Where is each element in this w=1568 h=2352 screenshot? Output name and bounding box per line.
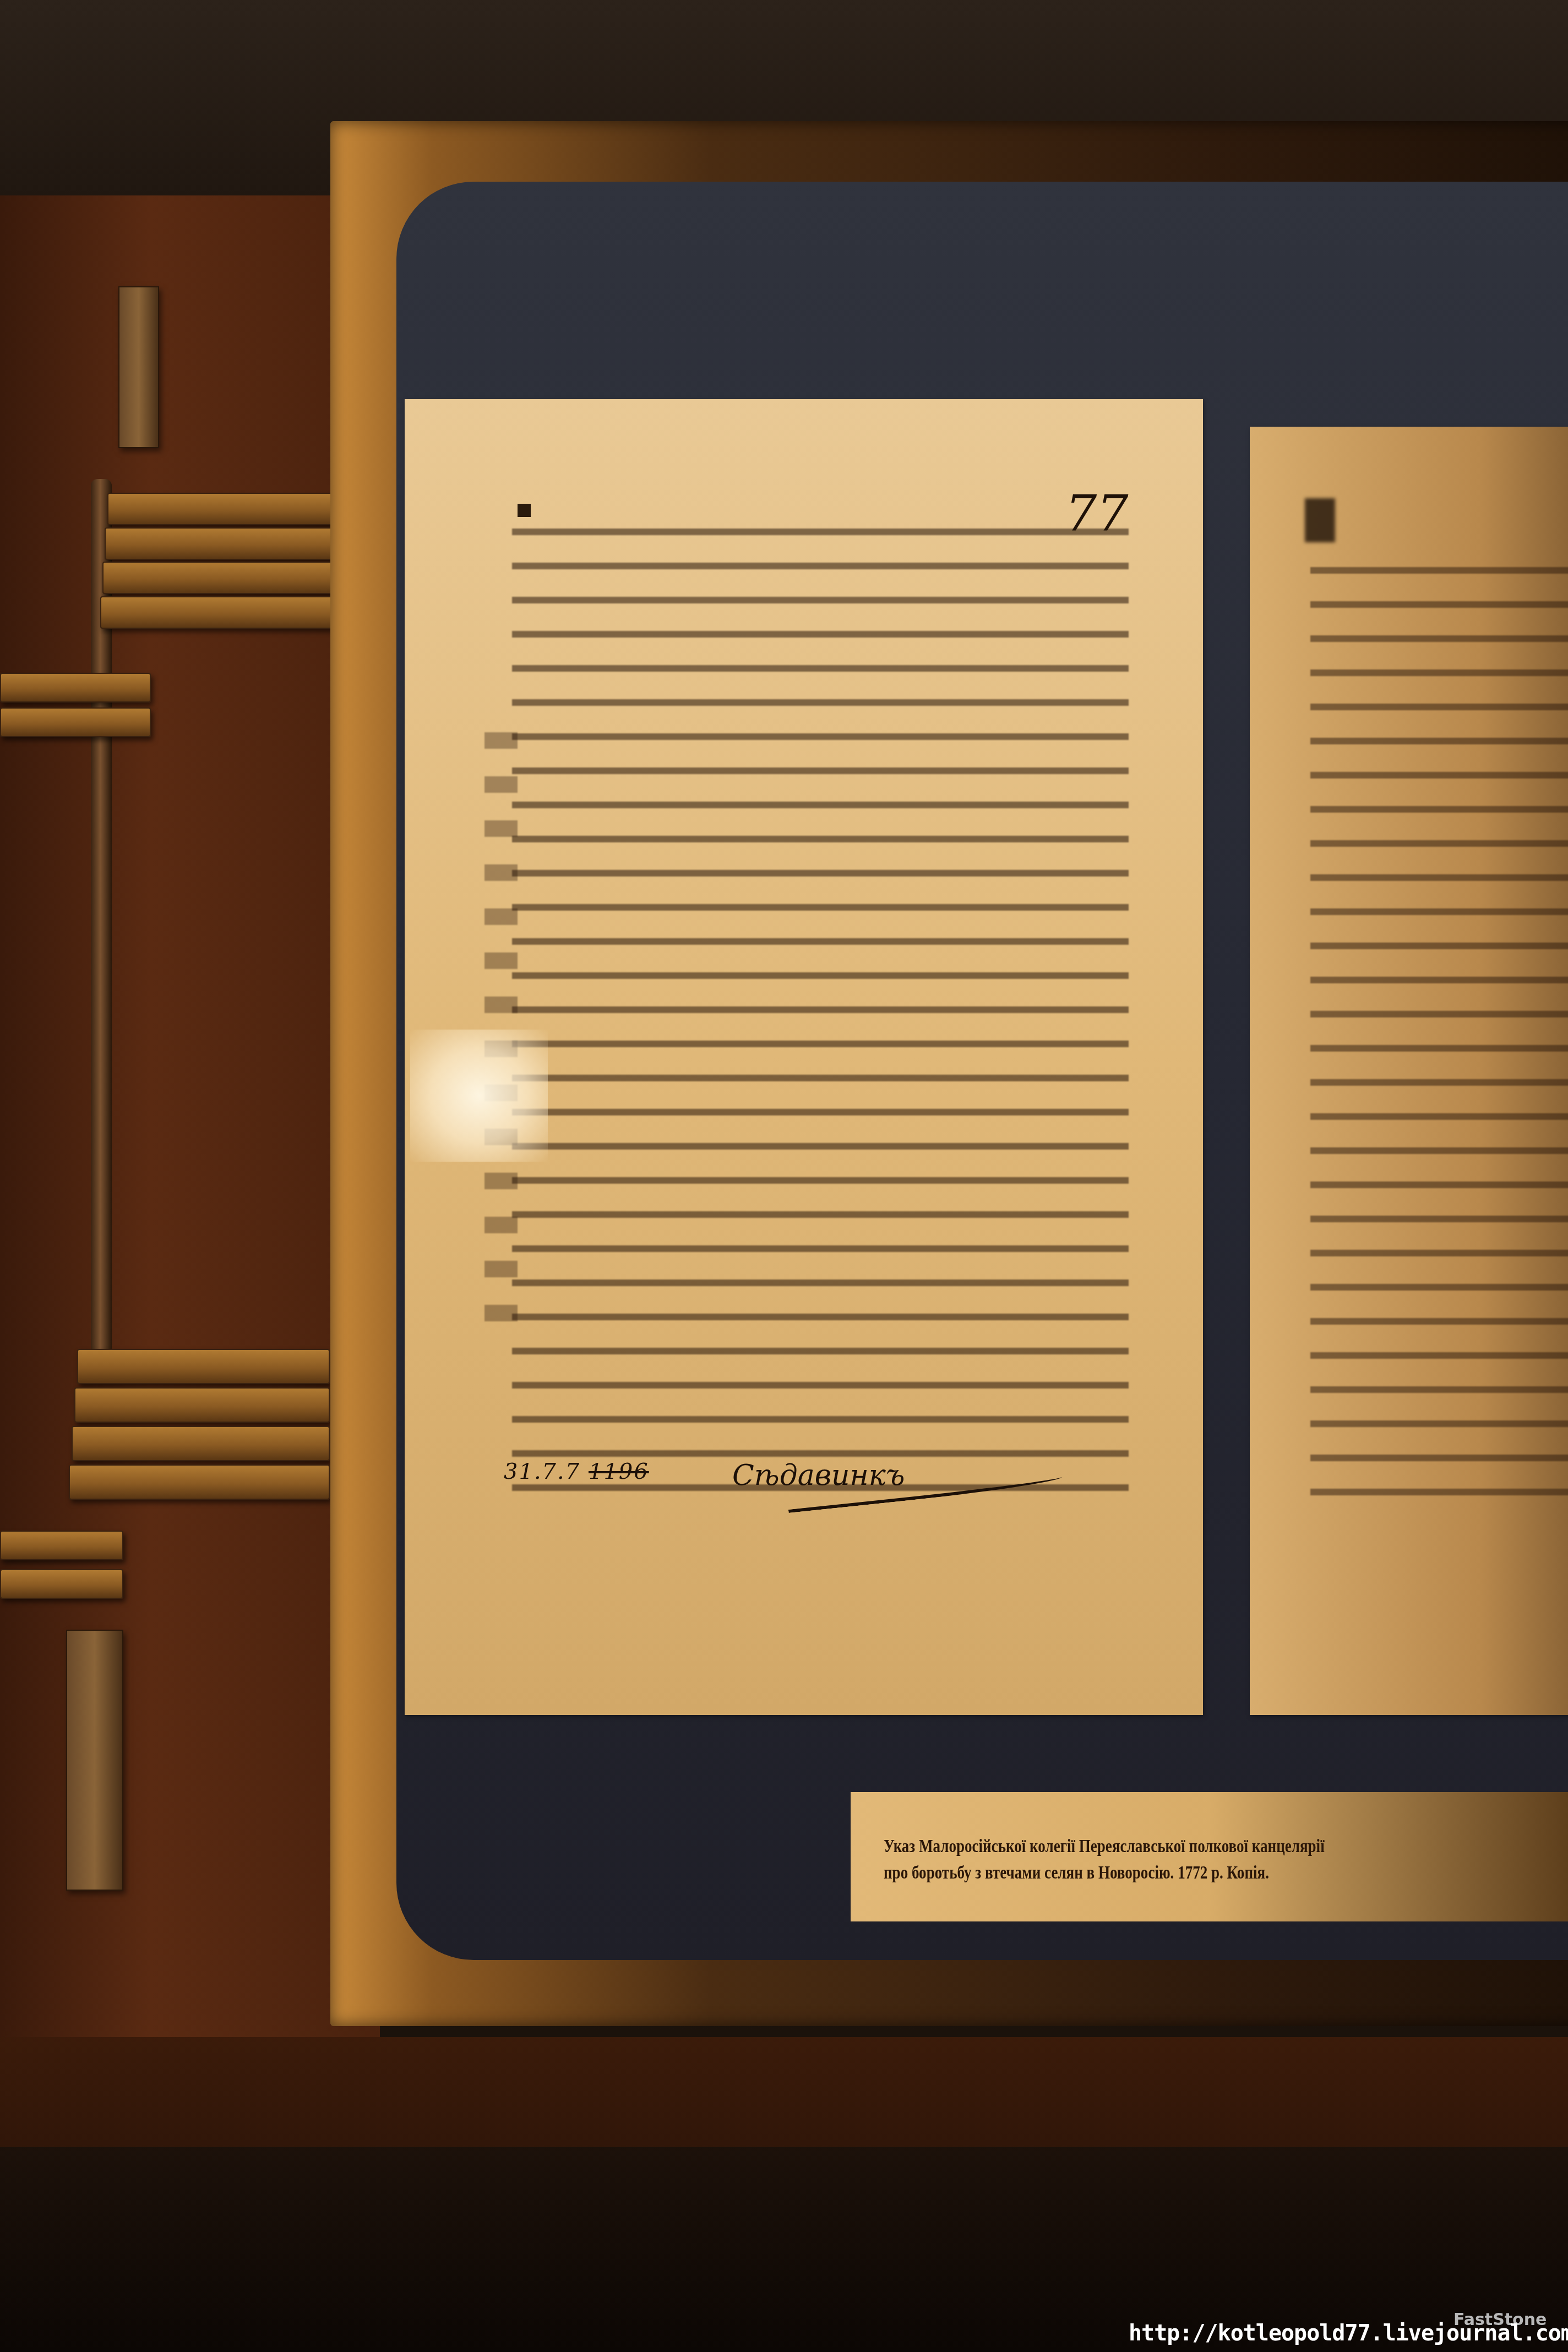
clamp-bar <box>69 1464 330 1500</box>
clamp-bar <box>107 493 357 525</box>
document-date-note: 31.7.7 1196 <box>504 1459 649 1484</box>
ink-blot <box>1305 498 1335 542</box>
clamp-bar <box>0 707 151 737</box>
caption-line-2: про боротьбу з втечами селян в Новоросію… <box>884 1860 1445 1886</box>
clamp-bar <box>0 1531 123 1560</box>
handwritten-text-block <box>512 507 1129 1509</box>
clamp-bar <box>72 1426 330 1461</box>
light-glare <box>410 1030 548 1162</box>
handwritten-text-block-secondary <box>1310 551 1568 1509</box>
clamp-bar <box>100 596 356 629</box>
clamp-bar <box>0 1569 123 1599</box>
date-note: 31.7.7 <box>504 1459 580 1484</box>
clamp-bar <box>105 527 355 560</box>
caption-line-1: Указ Малоросійської колегії Переяславськ… <box>884 1833 1445 1860</box>
clamp-bar <box>77 1349 330 1384</box>
clamp-bar <box>0 673 151 703</box>
museum-display-scene: 77 31.7.7 1196 Сѣдавинкъ Указ Малоросійс… <box>0 0 1568 2352</box>
struck-number: 1196 <box>589 1459 649 1484</box>
clamp-upper-post <box>118 286 159 448</box>
signature: Сѣдавинкъ <box>732 1459 905 1492</box>
folio-number: 77 <box>1065 484 1129 542</box>
url-watermark: http://kotleopold77.livejournal.com/ <box>1129 2321 1568 2346</box>
wooden-board <box>0 195 380 2150</box>
exhibit-caption-label: Указ Малоросійської колегії Переяславськ… <box>851 1792 1568 1921</box>
clamp-bar <box>74 1387 330 1423</box>
clamp-bar <box>102 562 352 594</box>
clamp-lower-post <box>66 1630 123 1891</box>
